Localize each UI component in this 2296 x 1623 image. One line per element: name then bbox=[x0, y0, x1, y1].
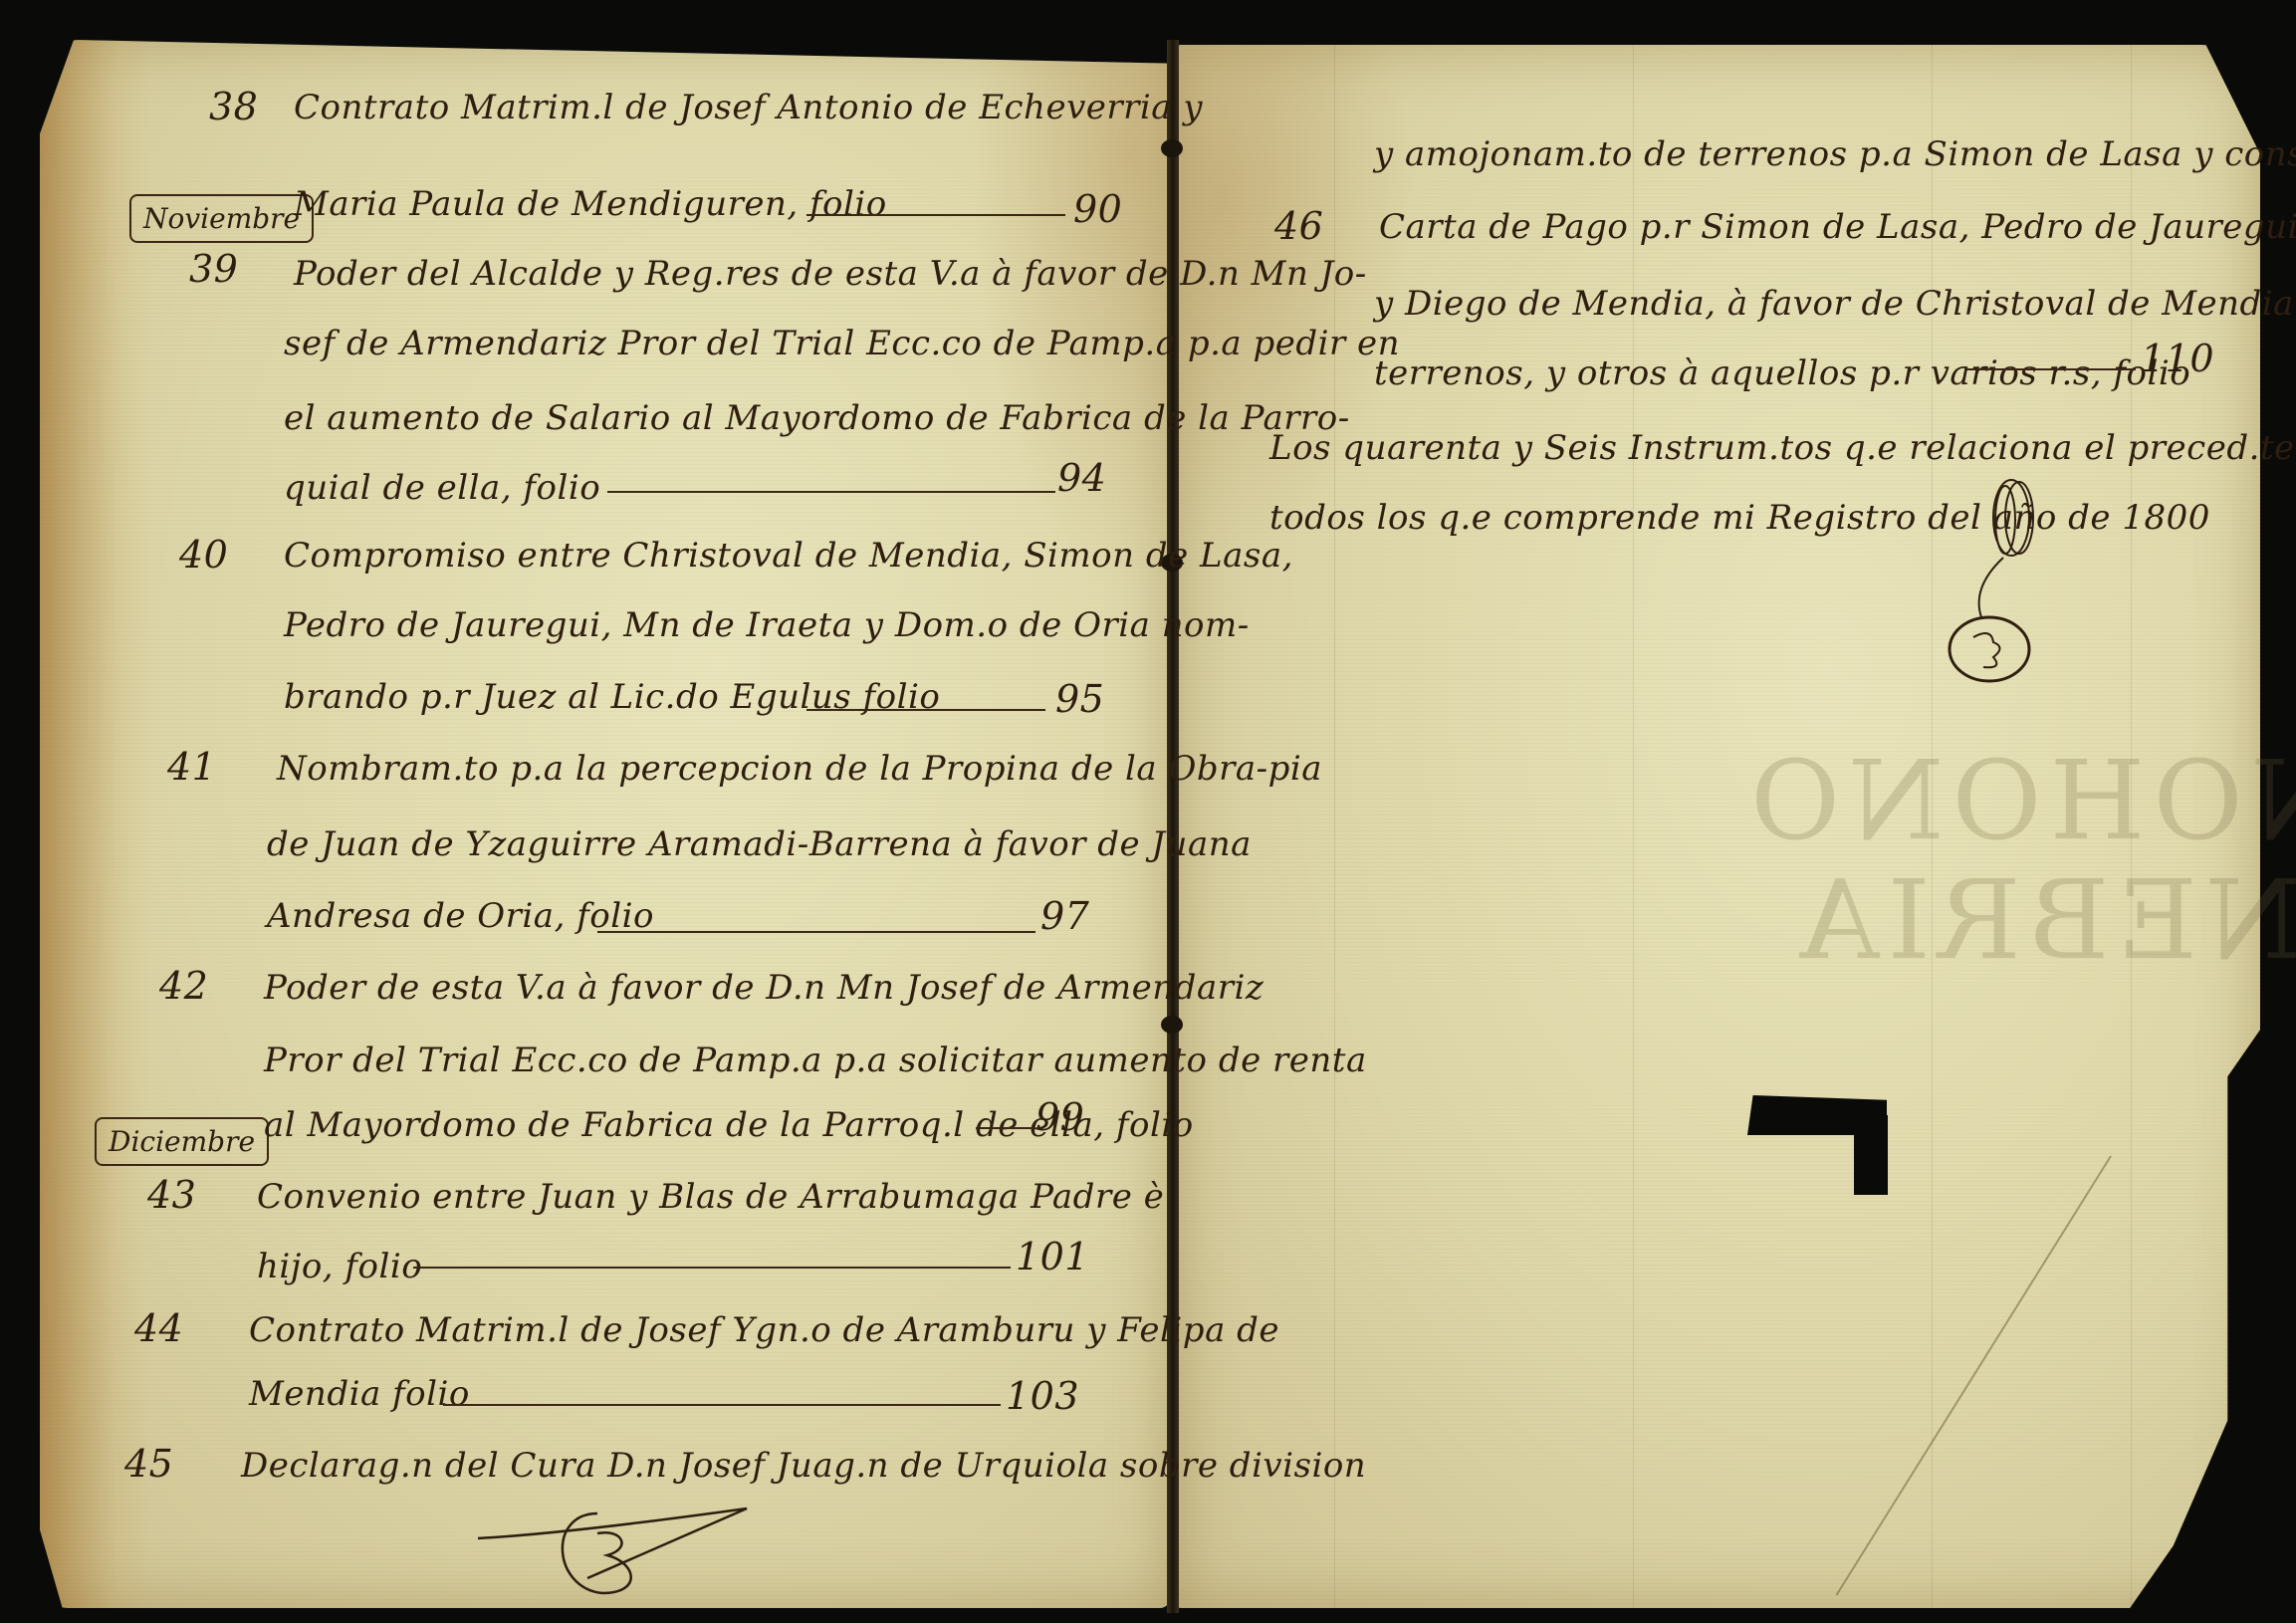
entry-line: Carta de Pago p.r Simon de Lasa, Pedro d… bbox=[1379, 207, 2296, 247]
entry-line: de Juan de Yzaguirre Aramadi-Barrena à f… bbox=[267, 824, 1252, 864]
entry-number: 39 bbox=[189, 247, 238, 291]
entry-line: Contrato Matrim.l de Josef Ygn.o de Aram… bbox=[249, 1310, 1279, 1350]
month-label-diciembre: Diciembre bbox=[95, 1117, 269, 1166]
manuscript-scan: Noviembre Diciembre 38 Contrato Matrim.l… bbox=[0, 0, 2296, 1623]
notary-signature-icon bbox=[1932, 478, 2071, 697]
folio-number: 95 bbox=[1055, 677, 1104, 721]
entry-line: terrenos, y otros à aquellos p.r varios … bbox=[1374, 353, 2190, 393]
entry-line: Pedro de Jauregui, Mn de Iraeta y Dom.o … bbox=[284, 605, 1250, 645]
entry-number: 45 bbox=[124, 1442, 173, 1486]
entry-line: brando p.r Juez al Lic.do Egulus folio bbox=[284, 677, 940, 717]
continuation-line: y amojonam.to de terrenos p.a Simon de L… bbox=[1374, 134, 2296, 174]
entry-line: y Diego de Mendia, à favor de Christoval… bbox=[1374, 284, 2296, 324]
notary-rubric-icon bbox=[468, 1494, 767, 1603]
entry-line: Nombram.to p.a la percepcion de la Propi… bbox=[277, 749, 1322, 789]
closing-statement-line: Los quarenta y Seis Instrum.tos q.e rela… bbox=[1269, 428, 2296, 468]
folio-number: 103 bbox=[1006, 1374, 1079, 1418]
entry-line: Poder del Alcalde y Reg.res de esta V.a … bbox=[294, 254, 1367, 294]
entry-number: 40 bbox=[179, 533, 228, 577]
folio-number: 101 bbox=[1016, 1235, 1089, 1278]
chain-line bbox=[1633, 45, 1634, 1608]
folio-number: 94 bbox=[1057, 456, 1106, 500]
entry-number: 44 bbox=[134, 1306, 183, 1350]
entry-line: el aumento de Salario al Mayordomo de Fa… bbox=[284, 398, 1350, 438]
entry-line: Maria Paula de Mendiguren, folio bbox=[294, 184, 887, 224]
month-label-noviembre: Noviembre bbox=[129, 194, 314, 243]
folio-leader bbox=[597, 931, 1035, 933]
entry-line: Mendia folio bbox=[249, 1374, 470, 1414]
folio-number: 97 bbox=[1040, 894, 1089, 938]
folio-leader bbox=[413, 1267, 1011, 1269]
entry-line: Convenio entre Juan y Blas de Arrabumaga… bbox=[257, 1177, 1164, 1217]
entry-line: Pror del Trial Ecc.co de Pamp.a p.a soli… bbox=[264, 1041, 1367, 1080]
binding-thread bbox=[1161, 1016, 1183, 1034]
entry-line: Declarag.n del Cura D.n Josef Juag.n de … bbox=[241, 1446, 1366, 1486]
entry-number: 43 bbox=[147, 1173, 196, 1217]
folio-number: 90 bbox=[1073, 187, 1122, 231]
binding-thread bbox=[1161, 139, 1183, 157]
folio-leader bbox=[976, 1127, 1035, 1129]
entry-number: 41 bbox=[167, 745, 216, 789]
folio-number: 110 bbox=[2141, 337, 2214, 380]
folio-leader bbox=[806, 214, 1065, 216]
entry-line: sef de Armendariz Pror del Trial Ecc.co … bbox=[284, 324, 1400, 363]
entry-line: hijo, folio bbox=[257, 1247, 422, 1286]
folio-leader bbox=[806, 709, 1045, 711]
entry-number: 46 bbox=[1274, 204, 1323, 248]
edge-stain bbox=[40, 40, 149, 1608]
entry-line: Contrato Matrim.l de Josef Antonio de Ec… bbox=[294, 88, 1203, 127]
folio-number: 99 bbox=[1035, 1095, 1084, 1139]
entry-number: 38 bbox=[209, 85, 258, 128]
entry-line: Andresa de Oria, folio bbox=[267, 896, 654, 936]
folio-leader bbox=[607, 491, 1055, 493]
folio-leader bbox=[443, 1404, 1001, 1406]
paper-watermark: NEBRIA bbox=[1792, 856, 2296, 984]
paper-watermark: NOHONO bbox=[1742, 737, 2296, 864]
entry-line: Poder de esta V.a à favor de D.n Mn Jose… bbox=[264, 968, 1263, 1008]
paper-damage bbox=[1854, 1115, 1888, 1195]
entry-line: quial de ella, folio bbox=[284, 468, 600, 508]
entry-line: Compromiso entre Christoval de Mendia, S… bbox=[284, 536, 1293, 576]
folio-leader bbox=[1966, 368, 2136, 370]
entry-number: 42 bbox=[159, 964, 208, 1008]
